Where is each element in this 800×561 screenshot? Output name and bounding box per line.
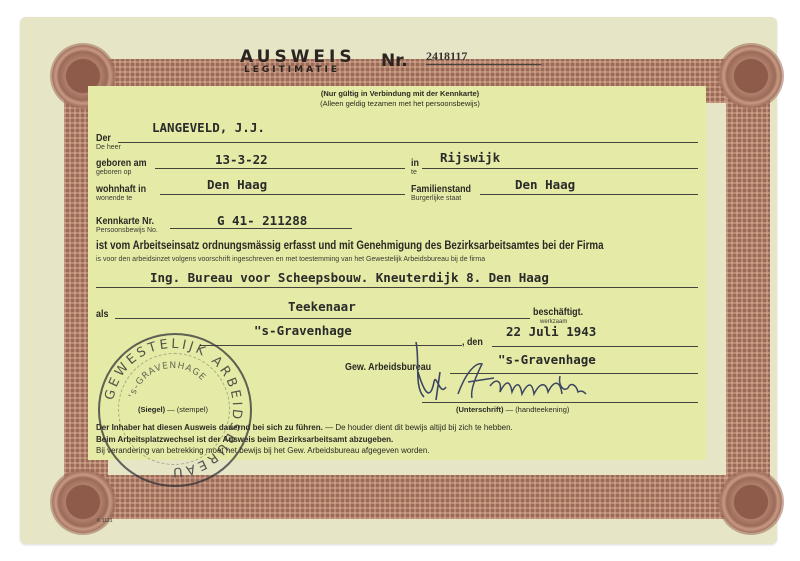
birth-date-line	[155, 168, 405, 169]
svg-text:'s-GRAVENHAGE: 's-GRAVENHAGE	[128, 361, 208, 399]
form-code: K 1121	[97, 518, 112, 524]
number-underline	[426, 64, 541, 65]
signature-caption-nl: (handteekening)	[515, 405, 569, 414]
border-right	[726, 79, 770, 499]
birth-date-value: 13-3-22	[215, 152, 268, 167]
footer-line-1-nl: — De houder dient dit bewijs altijd bij …	[323, 423, 513, 432]
id-card-label: Kennkarte Nr.	[96, 215, 154, 227]
occupation-suffix-de: beschäftigt.	[533, 306, 583, 318]
occupation-value: Teekenaar	[288, 299, 356, 314]
birth-place-value: Rijswijk	[440, 150, 500, 165]
birth-date-sublabel: geboren op	[96, 169, 131, 176]
id-card-line	[170, 228, 352, 229]
statement-de: ist vom Arbeitseinsatz ordnungsmässig er…	[96, 240, 604, 252]
id-card-value: G 41- 211288	[217, 213, 307, 228]
name-value: LANGEVELD, J.J.	[152, 120, 265, 135]
signature-caption-sep: —	[504, 405, 516, 414]
name-line	[118, 142, 698, 143]
stamp-outer-text: GEWESTELIJK ARBEIDSBUREAU	[102, 337, 244, 479]
stamp-inner-text: 's-GRAVENHAGE	[128, 361, 208, 399]
occupation-label: als	[96, 308, 108, 320]
svg-text:GEWESTELIJK ARBEIDSBUREAU: GEWESTELIJK ARBEIDSBUREAU	[102, 337, 244, 479]
marital-status-label: Familienstand	[411, 183, 471, 195]
document-header: AUSWEIS LEGITIMATIE Nr. 2418117	[240, 47, 540, 83]
residence-sublabel: wonende te	[96, 195, 132, 202]
residence-value: Den Haag	[207, 177, 267, 192]
signature-caption-de: (Unterschrift)	[456, 405, 504, 414]
employer-value: Ing. Bureau voor Scheepsbouw. Kneuterdij…	[150, 270, 549, 285]
rosette-bottom-right-icon	[720, 471, 782, 533]
name-sublabel: De heer	[96, 144, 121, 151]
marital-status-value: Den Haag	[515, 177, 575, 192]
residence-line	[160, 194, 405, 195]
marital-status-line	[480, 194, 698, 195]
residence-label: wohnhaft in	[96, 183, 146, 195]
occupation-line	[115, 318, 530, 319]
number-label: Nr.	[381, 51, 408, 71]
birth-place-label: in	[411, 157, 419, 169]
document-number: 2418117	[426, 49, 467, 64]
official-stamp: GEWESTELIJK ARBEIDSBUREAU 's-GRAVENHAGE	[98, 333, 252, 487]
employer-line	[96, 287, 698, 288]
issue-date-value: 22 Juli 1943	[506, 324, 596, 339]
signature-line	[422, 402, 698, 403]
birth-date-label: geboren am	[96, 157, 147, 169]
statement-nl: is voor den arbeidsinzet volgens voorsch…	[96, 256, 485, 263]
validity-note-de: (Nur gültig in Verbindung mit der Kennka…	[0, 89, 800, 98]
stamp-text-ring-icon: GEWESTELIJK ARBEIDSBUREAU 's-GRAVENHAGE	[98, 333, 248, 483]
birth-place-line	[422, 168, 698, 169]
id-card-sublabel: Persoonsbewijs No.	[96, 227, 158, 234]
validity-note-nl: (Alleen geldig tezamen met het persoonsb…	[0, 99, 800, 108]
birth-place-sublabel: te	[411, 169, 417, 176]
issue-place-value: "s-Gravenhage	[254, 323, 352, 338]
document-title: AUSWEIS	[240, 47, 356, 67]
marital-status-sublabel: Burgerlijke staat	[411, 195, 461, 202]
document-subtitle: LEGITIMATIE	[244, 65, 340, 75]
signature-caption: (Unterschrift) — (handteekening)	[456, 405, 569, 414]
name-label: Der	[96, 132, 111, 144]
